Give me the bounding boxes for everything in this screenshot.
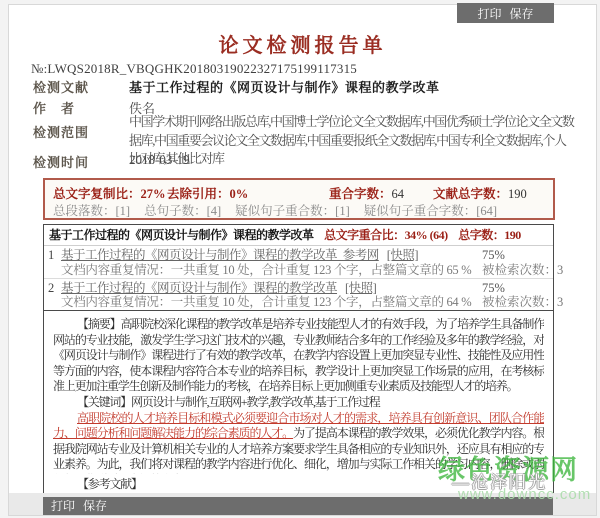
summary-line-2: 总段落数：[1] 总句子数：[4] 疑似句子重合数：[1] 疑似句子重合字数：[… <box>53 201 549 219</box>
source-searched-count: 被检索次数：3 <box>482 295 563 310</box>
doc-field-value: 基于工作过程的《网页设计与制作》课程的教学改革 <box>129 77 440 96</box>
print-button[interactable]: 打印 <box>51 497 75 515</box>
scope-field-value: 中国学术期刊网络出版总库,中国博士学位论文全文数据库,中国优秀硕士学位论文全文数… <box>129 113 576 169</box>
source-title-link[interactable]: 基于工作过程的《网页设计与制作》课程的教学改革[快照] <box>61 281 376 296</box>
snapshot-link[interactable]: [快照] <box>345 281 376 295</box>
date-field-label: 检测时间 <box>33 152 89 171</box>
source-index: 1 <box>48 248 54 263</box>
source-searched-count: 被检索次数：3 <box>482 263 563 278</box>
exclude-quote-stat: 去除引用：0% <box>167 184 248 202</box>
source-divider <box>44 278 553 279</box>
total-words-stat: 总字数：190 <box>458 228 521 242</box>
report-serial: №:LWQS2018R_VBQGHK2018031902232717519911… <box>31 61 357 77</box>
doc-field-label: 检测文献 <box>33 77 89 96</box>
abstract-paragraph: 【摘要】高职院校深化课程的教学改革是培养专业技能型人才的有效手段，为了培养学生具… <box>53 317 544 395</box>
photo-watermark: —沧泽阳光 <box>452 468 547 493</box>
source-ratio: 75% <box>482 248 505 263</box>
source-detail-row: 文档内容重复情况：一共重复 10 处，合计重复 123 个字，占整篇文章的 65… <box>44 263 553 278</box>
scope-field-label: 检测范围 <box>33 122 89 141</box>
suspect-sentence-count: 疑似句子重合数：[1] <box>235 201 350 219</box>
references-paragraph: 【参考文献】 <box>53 477 142 493</box>
summary-box: 总文字复制比：27% 去除引用：0% 重合字数：64 文献总字数：190 总段落… <box>43 178 555 220</box>
source-ratio: 75% <box>482 281 505 296</box>
overlap-chars-stat: 重合字数：64 <box>329 184 404 202</box>
top-action-bar: 打印 保存 <box>457 3 554 23</box>
report-page: 论文检测报告单 №:LWQS2018R_VBQGHK20180319022327… <box>8 4 597 516</box>
snapshot-link[interactable]: [快照] <box>387 248 418 262</box>
source-index: 2 <box>48 281 54 296</box>
suspect-char-count: 疑似句子重合字数：[64] <box>364 201 497 219</box>
print-button[interactable]: 打印 <box>477 5 501 22</box>
page-title: 论文检测报告单 <box>9 29 596 58</box>
sources-box: 基于工作过程的《网页设计与制作》课程的教学改革 总文字重合比：34% (64) … <box>43 224 554 312</box>
summary-line-1: 总文字复制比：27% 去除引用：0% 重合字数：64 文献总字数：190 <box>45 184 553 200</box>
total-chars-stat: 文献总字数：190 <box>433 184 527 202</box>
keywords-paragraph: 【关键词】网页设计与制作,互联网+教学,教学改革,基于工作过程 <box>53 395 544 411</box>
date-field-value: 2018-03-19 <box>129 152 190 168</box>
source-repeat-detail: 文档内容重复情况：一共重复 10 处，合计重复 123 个字，占整篇文章的 64… <box>61 295 471 310</box>
source-detail-row: 文档内容重复情况：一共重复 10 处，合计重复 123 个字，占整篇文章的 64… <box>44 295 553 310</box>
source-row: 1 基于工作过程的《网页设计与制作》课程的教学改革_参考网[快照] 75% <box>44 248 553 263</box>
detail-title: 基于工作过程的《网页设计与制作》课程的教学改革 <box>49 228 314 242</box>
author-field-label: 作 者 <box>33 98 75 117</box>
sources-header: 基于工作过程的《网页设计与制作》课程的教学改革 总文字重合比：34% (64) … <box>44 225 553 246</box>
save-button[interactable]: 保存 <box>510 5 534 22</box>
save-button[interactable]: 保存 <box>83 497 107 515</box>
copy-ratio-stat: 总文字复制比：27% <box>53 184 166 202</box>
source-title-link[interactable]: 基于工作过程的《网页设计与制作》课程的教学改革_参考网[快照] <box>61 248 418 263</box>
paragraph-count: 总段落数：[1] <box>53 201 130 219</box>
sentence-count: 总句子数：[4] <box>144 201 221 219</box>
source-repeat-detail: 文档内容重复情况：一共重复 10 处，合计重复 123 个字，占整篇文章的 65… <box>61 263 471 278</box>
overlap-ratio-stat: 总文字重合比：34% (64) <box>324 228 448 242</box>
source-row: 2 基于工作过程的《网页设计与制作》课程的教学改革[快照] 75% <box>44 281 553 296</box>
